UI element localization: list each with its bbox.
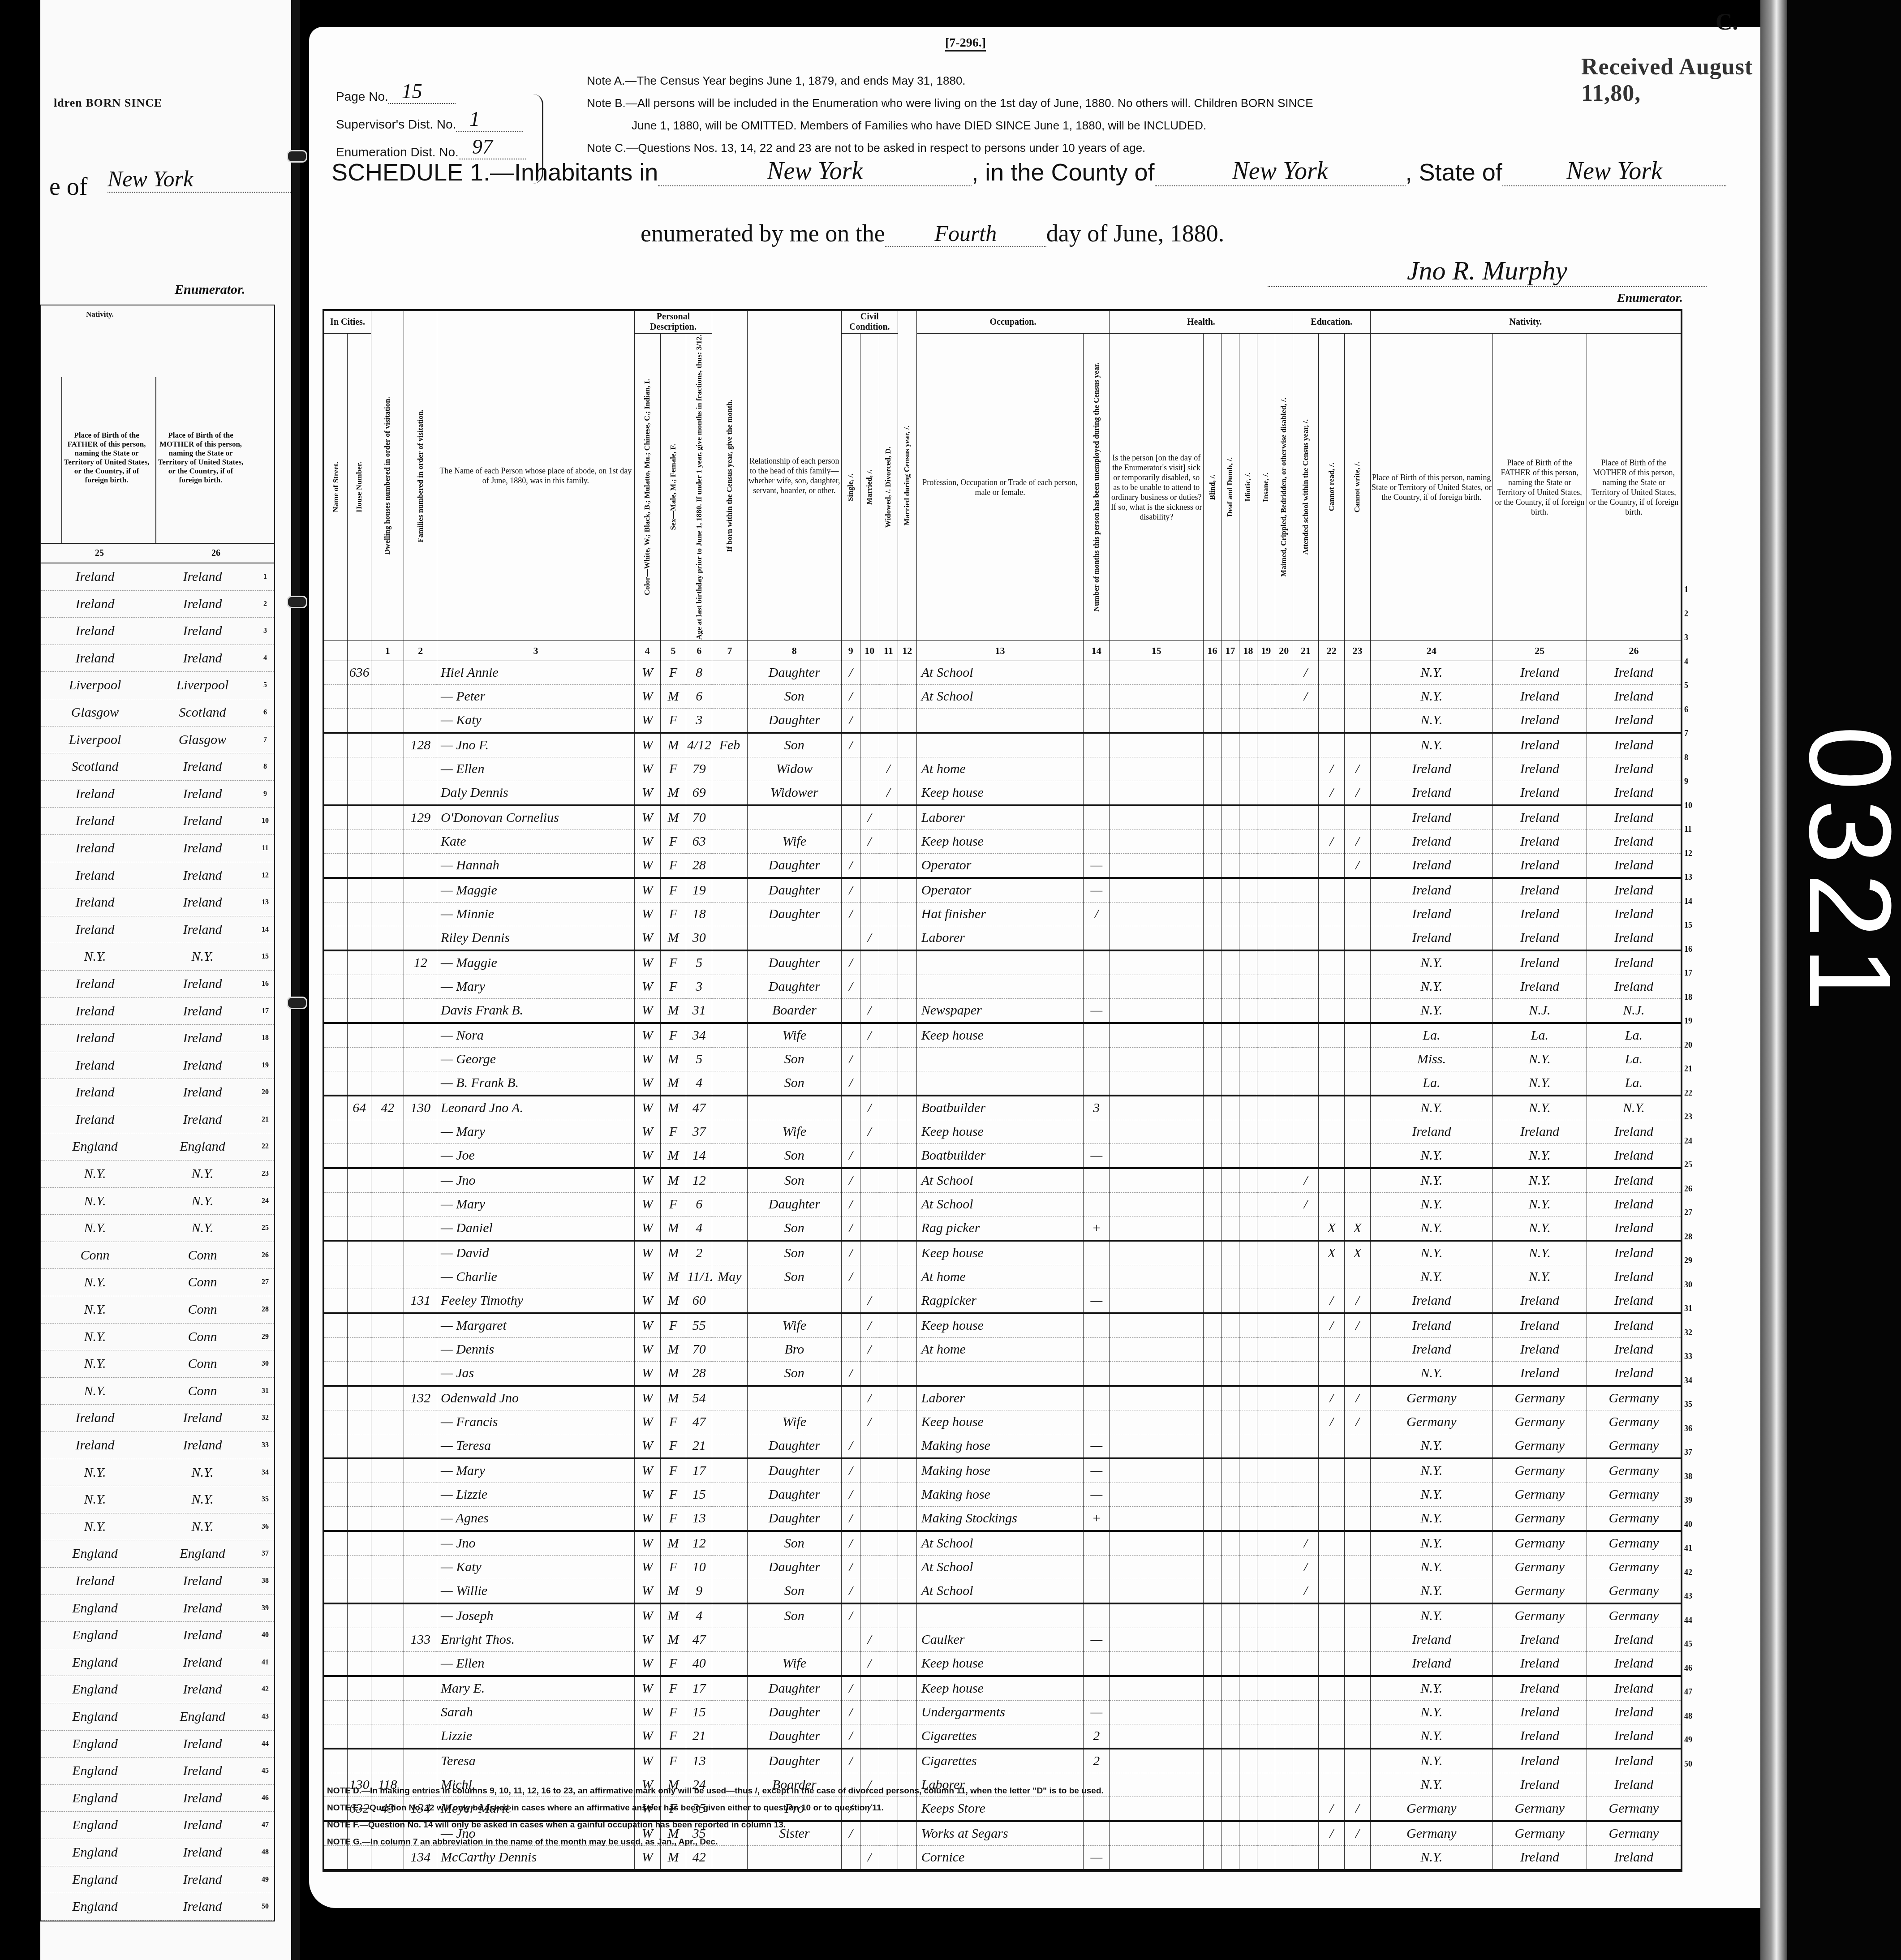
cell-school [1293, 757, 1319, 781]
census-rows: 636Hiel AnnieWF8Daughter/At School/N.Y.I… [324, 661, 1681, 1870]
cell-name: — Ellen [437, 757, 634, 781]
left-line-number: 34 [256, 1459, 274, 1486]
page-no-value: 15 [388, 79, 456, 104]
left-table-row: IrelandIreland9 [41, 781, 274, 808]
cell-cr [1319, 1603, 1345, 1628]
cell-col-19 [1257, 1507, 1275, 1531]
left-father-birthplace: N.Y. [41, 1324, 149, 1350]
cell-single: / [841, 1458, 860, 1483]
table-row: KateWF63Wife/Keep house//IrelandIrelandI… [324, 830, 1681, 854]
cell-cw [1345, 805, 1371, 830]
table-row: Davis Frank B.WM31Boarder/Newspaper—N.Y.… [324, 999, 1681, 1023]
note-c: Note C.—Questions Nos. 13, 14, 22 and 23… [587, 137, 1313, 159]
cell-cw [1345, 1144, 1371, 1169]
cell-color: W [634, 950, 660, 975]
cell-color: W [634, 1386, 660, 1410]
left-father-birthplace: England [41, 1133, 149, 1160]
cell-street [324, 1193, 348, 1216]
cell-family [404, 975, 437, 999]
cell-married [860, 1556, 879, 1579]
cell-occupation: Laborer [916, 1386, 1084, 1410]
cell-house [348, 1603, 371, 1628]
cell-family [404, 781, 437, 806]
cell-widowed [879, 1023, 898, 1048]
group-in-cities: In Cities. [324, 311, 371, 334]
line-number: 27 [1684, 1201, 1692, 1225]
cell-single: / [841, 661, 860, 685]
cell-color: W [634, 781, 660, 806]
cell-cr [1319, 1338, 1345, 1362]
cell-col-19 [1257, 661, 1275, 685]
left-father-birthplace: Ireland [41, 645, 149, 672]
cell-widowed [879, 1579, 898, 1604]
column-number: 26 [1587, 641, 1681, 661]
county-value: New York [1155, 157, 1406, 186]
cell-name: Daly Dennis [437, 781, 634, 806]
cell-family [404, 1071, 437, 1096]
cell-col-20 [1275, 903, 1293, 926]
cell-father: Ireland [1492, 805, 1587, 830]
left-table-row: IrelandIreland10 [41, 808, 274, 835]
line-number: 38 [1684, 1465, 1692, 1489]
cell-mother: Ireland [1587, 1265, 1681, 1289]
cell-occupation: Keep house [916, 1023, 1084, 1048]
cell-name: Teresa [437, 1749, 634, 1773]
cell-unemployed: + [1084, 1216, 1110, 1241]
cell-married [860, 1144, 879, 1169]
left-table-row: IrelandIreland20 [41, 1079, 274, 1106]
cell-birth: N.Y. [1370, 685, 1492, 709]
left-father-birthplace: Liverpool [41, 726, 149, 753]
cell-father: Ireland [1492, 1362, 1587, 1386]
cell-street [324, 1338, 348, 1362]
cell-month [712, 975, 748, 999]
cell-col-18 [1239, 1144, 1257, 1169]
cell-family [404, 1120, 437, 1144]
cell-name: Kate [437, 830, 634, 854]
cell-street [324, 685, 348, 709]
cell-dwelling [371, 1724, 404, 1749]
left-mother-birthplace: Ireland [149, 1758, 256, 1784]
cell-month [712, 999, 748, 1023]
col-17-header: Deaf and Dumb, /. [1221, 334, 1239, 641]
cell-mother: Germany [1587, 1531, 1681, 1556]
cell-col-18 [1239, 878, 1257, 903]
cell-cr [1319, 1071, 1345, 1096]
cell-relation: Son [747, 1071, 841, 1096]
cell-street [324, 999, 348, 1023]
cell-dwelling [371, 854, 404, 878]
cell-col-20 [1275, 999, 1293, 1023]
cell-cw [1345, 926, 1371, 951]
cell-mother: Ireland [1587, 757, 1681, 781]
cell-mother: Ireland [1587, 1362, 1681, 1386]
left-table-row: N.Y.N.Y.25 [41, 1215, 274, 1242]
cell-name: — Willie [437, 1579, 634, 1604]
left-line-number: 5 [256, 672, 274, 699]
cell-col-17 [1221, 1531, 1239, 1556]
line-number: 3 [1684, 626, 1692, 650]
cell-single [841, 1628, 860, 1652]
cell-age: 70 [686, 805, 712, 830]
cell-dwelling [371, 1531, 404, 1556]
left-father-birthplace: N.Y. [41, 1161, 149, 1187]
cell-sex: F [660, 1313, 686, 1338]
cell-street [324, 733, 348, 757]
line-number: 6 [1684, 698, 1692, 722]
line-number: 18 [1684, 985, 1692, 1010]
cell-col-20 [1275, 1071, 1293, 1096]
cell-house [348, 1483, 371, 1507]
cell-school [1293, 1701, 1319, 1724]
table-row: — KatyWF10Daughter/At School/N.Y.Germany… [324, 1556, 1681, 1579]
cell-occupation: Keep house [916, 1652, 1084, 1676]
cell-mother: Ireland [1587, 781, 1681, 806]
cell-col-20 [1275, 1096, 1293, 1120]
cell-birth: La. [1370, 1071, 1492, 1096]
cell-col-20 [1275, 781, 1293, 806]
cell-cr [1319, 1724, 1345, 1749]
cell-single: / [841, 975, 860, 999]
cell-dwelling [371, 1216, 404, 1241]
left-line-number: 42 [256, 1676, 274, 1703]
cell-cr [1319, 975, 1345, 999]
cell-street [324, 1265, 348, 1289]
cell-occupation [916, 709, 1084, 733]
cell-col-20 [1275, 1579, 1293, 1604]
cell-father: Ireland [1492, 733, 1587, 757]
left-table-row: N.Y.N.Y.23 [41, 1161, 274, 1188]
cell-married [860, 950, 879, 975]
cell-month [712, 781, 748, 806]
cell-family [404, 685, 437, 709]
cell-street [324, 1241, 348, 1265]
cell-sex: M [660, 1144, 686, 1169]
cell-birth: Ireland [1370, 830, 1492, 854]
cell-married [860, 1458, 879, 1483]
cell-col-20 [1275, 1144, 1293, 1169]
line-number: 21 [1684, 1057, 1692, 1081]
cell-school [1293, 1652, 1319, 1676]
left-table-row: EnglandIreland41 [41, 1649, 274, 1676]
cell-color: W [634, 1628, 660, 1652]
cell-col-20 [1275, 1338, 1293, 1362]
left-line-number: 15 [256, 943, 274, 970]
cell-single: / [841, 1724, 860, 1749]
cell-month [712, 1168, 748, 1193]
cell-col-19 [1257, 975, 1275, 999]
line-number: 25 [1684, 1153, 1692, 1177]
schedule-label: SCHEDULE 1.—Inhabitants in [331, 159, 658, 186]
cell-sex: F [660, 1193, 686, 1216]
cell-col-16 [1204, 1458, 1221, 1483]
cell-mother: Ireland [1587, 661, 1681, 685]
cell-sex: M [660, 805, 686, 830]
cell-col-18 [1239, 926, 1257, 951]
cell-color: W [634, 709, 660, 733]
cell-house [348, 1724, 371, 1749]
cell-single: / [841, 1531, 860, 1556]
cell-md [898, 1120, 916, 1144]
cell-mother: Ireland [1587, 878, 1681, 903]
col-8-header: Relationship of each person to the head … [747, 311, 841, 641]
cell-col-17 [1221, 1168, 1239, 1193]
cell-occupation: At School [916, 1168, 1084, 1193]
cell-col-17 [1221, 1652, 1239, 1676]
cell-name: — Margaret [437, 1313, 634, 1338]
cell-cr [1319, 926, 1345, 951]
column-number: 16 [1204, 641, 1221, 661]
table-row: — MargaretWF55Wife/Keep house//IrelandIr… [324, 1313, 1681, 1338]
cell-married [860, 757, 879, 781]
cell-sex: M [660, 1386, 686, 1410]
cell-month [712, 1531, 748, 1556]
cell-color: W [634, 1120, 660, 1144]
cell-col-19 [1257, 1313, 1275, 1338]
cell-widowed [879, 1289, 898, 1314]
col-19-header: Insane, /. [1257, 334, 1275, 641]
cell-unemployed [1084, 709, 1110, 733]
cell-occupation: At School [916, 1531, 1084, 1556]
cell-widowed [879, 685, 898, 709]
cell-mother: Ireland [1587, 1216, 1681, 1241]
cell-occupation: Rag picker [916, 1216, 1084, 1241]
census-notes: Note A.—The Census Year begins June 1, 1… [587, 69, 1313, 159]
cell-month [712, 1048, 748, 1071]
cell-married [860, 1676, 879, 1701]
cell-col-19 [1257, 1120, 1275, 1144]
cell-father: Ireland [1492, 1652, 1587, 1676]
cell-col-17 [1221, 1628, 1239, 1652]
cell-col-17 [1221, 1216, 1239, 1241]
cell-col-19 [1257, 1531, 1275, 1556]
cell-single [841, 999, 860, 1023]
cell-col-16 [1204, 1386, 1221, 1410]
cell-relation: Son [747, 685, 841, 709]
left-father-birthplace: England [41, 1676, 149, 1703]
cell-occupation: Boatbuilder [916, 1144, 1084, 1169]
cell-name: — Minnie [437, 903, 634, 926]
cell-sex: M [660, 1096, 686, 1120]
cell-mother: La. [1587, 1048, 1681, 1071]
cell-school [1293, 1048, 1319, 1071]
left-father-birthplace: England [41, 1839, 149, 1866]
left-line-number: 39 [256, 1595, 274, 1622]
left-table-row: EnglandIreland40 [41, 1622, 274, 1649]
col-14-header: Number of months this person has been un… [1084, 334, 1110, 641]
cell-col-20 [1275, 1531, 1293, 1556]
cell-sick [1110, 926, 1204, 951]
cell-school [1293, 1483, 1319, 1507]
left-father-birthplace: N.Y. [41, 1378, 149, 1405]
cell-sick [1110, 1773, 1204, 1797]
cell-house [348, 1628, 371, 1652]
left-line-number: 23 [256, 1161, 274, 1187]
left-mother-birthplace: Ireland [149, 591, 256, 618]
cell-color: W [634, 1483, 660, 1507]
cell-age: 3 [686, 975, 712, 999]
left-father-birthplace: Ireland [41, 808, 149, 834]
cell-cr [1319, 1168, 1345, 1193]
cell-mother: Ireland [1587, 1749, 1681, 1773]
enumerator-label: Enumerator. [1617, 291, 1683, 305]
cell-col-18 [1239, 1724, 1257, 1749]
cell-sex: M [660, 1289, 686, 1314]
cell-street [324, 1556, 348, 1579]
cell-col-17 [1221, 1410, 1239, 1434]
left-mother-birthplace: Ireland [149, 1106, 256, 1133]
cell-sick [1110, 1579, 1204, 1604]
cell-col-20 [1275, 1362, 1293, 1386]
cell-cr: / [1319, 1821, 1345, 1846]
cell-md [898, 1338, 916, 1362]
cell-name: Sarah [437, 1701, 634, 1724]
cell-md [898, 1603, 916, 1628]
cell-name: — Nora [437, 1023, 634, 1048]
cell-name: — Katy [437, 709, 634, 733]
cell-sick [1110, 1023, 1204, 1048]
cell-md [898, 999, 916, 1023]
cell-house [348, 999, 371, 1023]
cell-col-16 [1204, 781, 1221, 806]
left-line-number: 27 [256, 1269, 274, 1296]
left-table-row: EnglandIreland48 [41, 1839, 274, 1866]
cell-dwelling [371, 685, 404, 709]
line-number: 2 [1684, 602, 1692, 626]
left-table-row: IrelandIreland11 [41, 835, 274, 862]
cell-birth: N.Y. [1370, 1096, 1492, 1120]
cell-age: 63 [686, 830, 712, 854]
left-line-number: 35 [256, 1486, 274, 1513]
cell-md [898, 1579, 916, 1604]
table-row: — MaryWF6Daughter/At School/N.Y.N.Y.Irel… [324, 1193, 1681, 1216]
table-row: — TeresaWF21Daughter/Making hose—N.Y.Ger… [324, 1434, 1681, 1459]
cell-street [324, 709, 348, 733]
section-letter: C. [1716, 9, 1738, 35]
cell-mother: Ireland [1587, 1846, 1681, 1870]
cell-dwelling [371, 1579, 404, 1604]
line-number: 24 [1684, 1129, 1692, 1153]
cell-school [1293, 903, 1319, 926]
column-number: 20 [1275, 641, 1293, 661]
cell-married [860, 1216, 879, 1241]
cell-month [712, 1652, 748, 1676]
cell-unemployed: — [1084, 1289, 1110, 1314]
left-table-row: N.Y.Conn30 [41, 1350, 274, 1378]
cell-name: — Maggie [437, 878, 634, 903]
cell-unemployed: 2 [1084, 1749, 1110, 1773]
cell-birth: N.Y. [1370, 1362, 1492, 1386]
cell-month [712, 661, 748, 685]
table-row: — FrancisWF47Wife/Keep house//GermanyGer… [324, 1410, 1681, 1434]
table-row: LizzieWF21Daughter/Cigarettes2N.Y.Irelan… [324, 1724, 1681, 1749]
cell-family [404, 1313, 437, 1338]
cell-month [712, 1023, 748, 1048]
cell-unemployed [1084, 1048, 1110, 1071]
cell-mother: Ireland [1587, 1628, 1681, 1652]
col-1-header: Dwelling houses numbered in order of vis… [371, 311, 404, 641]
cell-md [898, 1265, 916, 1289]
cell-color: W [634, 733, 660, 757]
left-mother-birthplace: Conn [149, 1324, 256, 1350]
left-mother-birthplace: Ireland [149, 889, 256, 916]
cell-cw: / [1345, 854, 1371, 878]
cell-col-16 [1204, 1749, 1221, 1773]
left-line-number: 26 [256, 1242, 274, 1269]
cell-street [324, 1458, 348, 1483]
cell-name: — Jas [437, 1362, 634, 1386]
cell-age: 34 [686, 1023, 712, 1048]
cell-birth: N.Y. [1370, 1483, 1492, 1507]
cell-school [1293, 1386, 1319, 1410]
cell-widowed [879, 1193, 898, 1216]
cell-relation: Bro [747, 1338, 841, 1362]
cell-father: N.Y. [1492, 1193, 1587, 1216]
cell-col-17 [1221, 1048, 1239, 1071]
cell-name: Enright Thos. [437, 1628, 634, 1652]
cell-father: N.Y. [1492, 1241, 1587, 1265]
cell-house [348, 1434, 371, 1459]
cell-birth: Ireland [1370, 1652, 1492, 1676]
cell-relation: Daughter [747, 709, 841, 733]
cell-family [404, 1265, 437, 1289]
cell-house: 64 [348, 1096, 371, 1120]
cell-relation: Son [747, 1531, 841, 1556]
cell-birth: N.Y. [1370, 1773, 1492, 1797]
cell-md [898, 733, 916, 757]
cell-occupation: Boatbuilder [916, 1096, 1084, 1120]
cell-dwelling: 42 [371, 1096, 404, 1120]
cell-cw [1345, 1603, 1371, 1628]
cell-single [841, 1023, 860, 1048]
cell-birth: N.Y. [1370, 1701, 1492, 1724]
cell-md [898, 1386, 916, 1410]
cell-married: / [860, 1338, 879, 1362]
cell-md [898, 1458, 916, 1483]
cell-age: 60 [686, 1289, 712, 1314]
cell-mother: Ireland [1587, 1193, 1681, 1216]
left-table-row: EnglandIreland44 [41, 1731, 274, 1758]
cell-sick [1110, 1846, 1204, 1870]
cell-family [404, 1458, 437, 1483]
cell-cw [1345, 878, 1371, 903]
column-number: 12 [898, 641, 916, 661]
cell-street [324, 1144, 348, 1169]
cell-widowed [879, 1531, 898, 1556]
col-street-header: Name of Street. [324, 334, 348, 641]
col-10-header: Married, /. [860, 334, 879, 641]
cell-birth: N.Y. [1370, 1458, 1492, 1483]
left-father-birthplace: Ireland [41, 1106, 149, 1133]
table-row: — EllenWF40Wife/Keep houseIrelandIreland… [324, 1652, 1681, 1676]
cell-age: 40 [686, 1652, 712, 1676]
cell-relation: Daughter [747, 1507, 841, 1531]
cell-widowed [879, 1071, 898, 1096]
col-13-header: Profession, Occupation or Trade of each … [916, 334, 1084, 641]
cell-school [1293, 950, 1319, 975]
cell-color: W [634, 1216, 660, 1241]
cell-single [841, 830, 860, 854]
left-line-number: 24 [256, 1188, 274, 1215]
group-civil-condition: Civil Condition. [841, 311, 898, 334]
cell-widowed [879, 1603, 898, 1628]
census-page: [7-296.] Received August 11,80, 527 Page… [309, 27, 1760, 1908]
cell-school [1293, 1362, 1319, 1386]
line-number: 45 [1684, 1632, 1692, 1656]
cell-col-19 [1257, 1216, 1275, 1241]
cell-unemployed [1084, 1313, 1110, 1338]
cell-dwelling [371, 975, 404, 999]
